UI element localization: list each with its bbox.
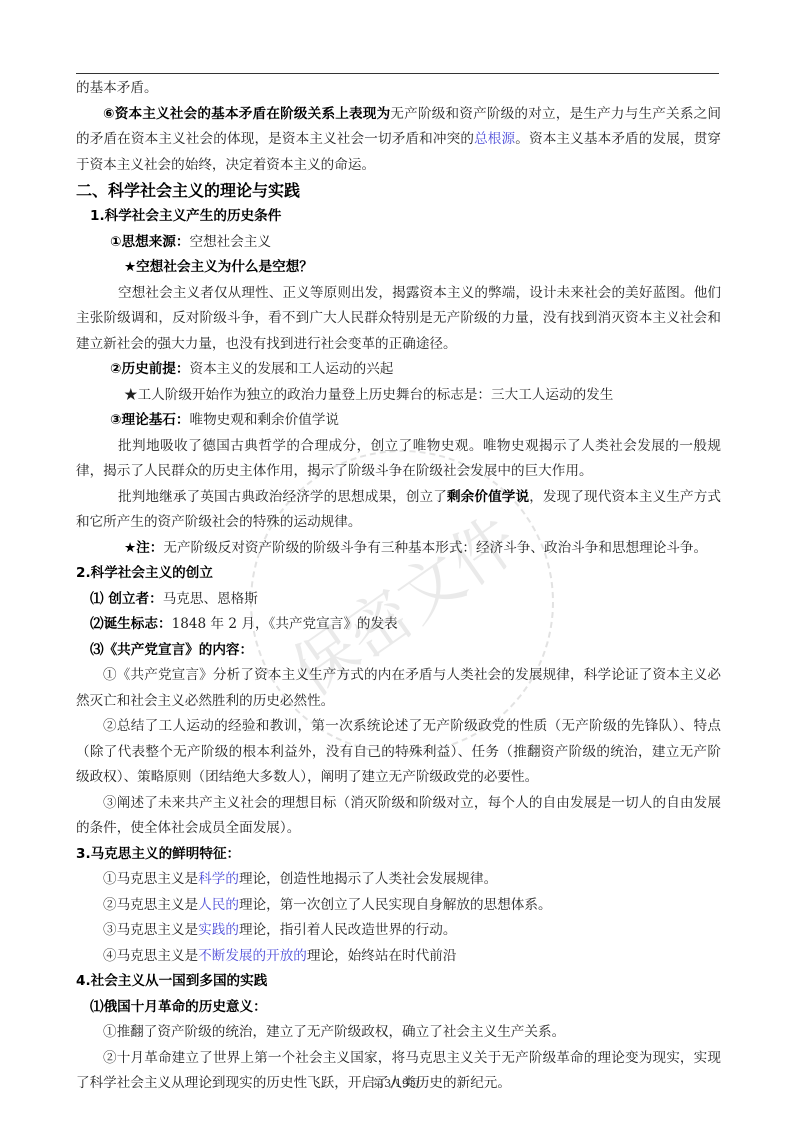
paragraph-utopian: 空想社会主义者仅从理性、正义等原则出发，揭露资本主义的弊端，设计未来社会的美好蓝… — [76, 281, 721, 358]
text: ②马克思主义是 — [103, 897, 198, 913]
marxism-feature: ②马克思主义是人民的理论，第一次创立了人民实现自身解放的思想体系。 — [76, 893, 721, 919]
highlight-text: 人民的 — [198, 897, 239, 913]
item-label: ①思想来源： — [110, 234, 189, 250]
highlight-text: 实践的 — [198, 922, 239, 938]
star-question: ★空想社会主义为什么是空想？ — [76, 255, 721, 281]
paragraph-continuation: 的基本矛盾。 — [76, 76, 721, 102]
section-heading: 二、科学社会主义的理论与实践 — [76, 178, 721, 204]
text: 理论，第一次创立了人民实现自身解放的思想体系。 — [239, 897, 552, 913]
item-text: 1848 年 2 月，《共产党宣言》的发表 — [172, 616, 398, 632]
item-text: 资本主义的发展和工人运动的兴起 — [189, 361, 393, 377]
marxism-feature: ④马克思主义是不断发展的开放的理论，始终站在时代前沿 — [76, 944, 721, 970]
item-label: ⑴ 创立者： — [90, 591, 163, 607]
item-manifesto-content: ⑶《共产党宣言》的内容： — [76, 638, 721, 664]
note-text: 无产阶级反对资产阶级的阶级斗争有三种基本形式：经济斗争、政治斗争和思想理论斗争。 — [163, 540, 707, 556]
item-label: ③理论基石： — [110, 412, 189, 428]
paragraph-surplus-value: 批判地继承了英国古典政治经济学的思想成果，创立了剩余价值学说，发现了现代资本主义… — [76, 485, 721, 536]
marxism-feature: ③马克思主义是实践的理论，指引着人民改造世界的行动。 — [76, 918, 721, 944]
bold-term: 剩余价值学说 — [447, 489, 529, 505]
manifesto-point: ③阐述了未来共产主义社会的理想目标（消灭阶级和阶级对立，每个人的自由发展是一切人… — [76, 791, 721, 842]
highlight-text: 科学的 — [198, 871, 239, 887]
item-historical-premise: ②历史前提：资本主义的发展和工人运动的兴起 — [76, 357, 721, 383]
item-label: ②历史前提： — [110, 361, 189, 377]
manifesto-point: ①《共产党宣言》分析了资本主义生产方式的内在矛盾与人类社会的发展规律，科学论证了… — [76, 663, 721, 714]
highlight-text: 不断发展的开放的 — [198, 948, 307, 964]
item-founders: ⑴ 创立者：马克思、恩格斯 — [76, 587, 721, 613]
paragraph-historical-materialism: 批判地吸收了德国古典哲学的合理成分，创立了唯物史观。唯物史观揭示了人类社会发展的… — [76, 434, 721, 485]
text: 批判地继承了英国古典政治经济学的思想成果，创立了 — [118, 489, 447, 505]
subsection-heading-2: 2.科学社会主义的创立 — [76, 561, 721, 587]
star-note: ★工人阶级开始作为独立的政治力量登上历史舞台的标志是：三大工人运动的发生 — [76, 383, 721, 409]
bold-lead: ⑥资本主义社会的基本矛盾在阶级关系上表现为 — [103, 106, 390, 122]
item-text: 唯物史观和剩余价值学说 — [189, 412, 339, 428]
document-body: 的基本矛盾。 ⑥资本主义社会的基本矛盾在阶级关系上表现为无产阶级和资产阶级的对立… — [76, 76, 721, 1097]
marxism-feature: ①马克思主义是科学的理论，创造性地揭示了人类社会发展规律。 — [76, 867, 721, 893]
text: 理论，指引着人民改造世界的行动。 — [239, 922, 457, 938]
item-text: 空想社会主义 — [189, 234, 271, 250]
item-label: ⑵诞生标志： — [90, 616, 172, 632]
item-thought-source: ①思想来源：空想社会主义 — [76, 230, 721, 256]
highlight-text: 总根源 — [474, 131, 515, 147]
subsection-heading-1: 1.科学社会主义产生的历史条件 — [76, 204, 721, 230]
subsection-heading-3: 3.马克思主义的鲜明特征： — [76, 842, 721, 868]
text: ③马克思主义是 — [103, 922, 198, 938]
item-october-revolution: ⑴俄国十月革命的历史意义： — [76, 995, 721, 1021]
header-rule — [76, 73, 719, 74]
text: ①马克思主义是 — [103, 871, 198, 887]
paragraph-basic-contradiction: ⑥资本主义社会的基本矛盾在阶级关系上表现为无产阶级和资产阶级的对立，是生产力与生… — [76, 102, 721, 179]
subsection-heading-4: 4.社会主义从一国到多国的实践 — [76, 969, 721, 995]
page-number: 第3/19页 — [0, 1075, 793, 1091]
note-label: ★注： — [124, 540, 163, 556]
item-birth-mark: ⑵诞生标志：1848 年 2 月，《共产党宣言》的发表 — [76, 612, 721, 638]
note-class-struggle: ★注：无产阶级反对资产阶级的阶级斗争有三种基本形式：经济斗争、政治斗争和思想理论… — [76, 536, 721, 562]
item-text: 马克思、恩格斯 — [163, 591, 258, 607]
manifesto-point: ②总结了工人运动的经验和教训，第一次系统论述了无产阶级政党的性质（无产阶级的先锋… — [76, 714, 721, 791]
item-theory-foundation: ③理论基石：唯物史观和剩余价值学说 — [76, 408, 721, 434]
text: 理论，始终站在时代前沿 — [307, 948, 457, 964]
revolution-point: ①推翻了资产阶级的统治，建立了无产阶级政权，确立了社会主义生产关系。 — [76, 1020, 721, 1046]
text: 理论，创造性地揭示了人类社会发展规律。 — [239, 871, 497, 887]
text: ④马克思主义是 — [103, 948, 198, 964]
